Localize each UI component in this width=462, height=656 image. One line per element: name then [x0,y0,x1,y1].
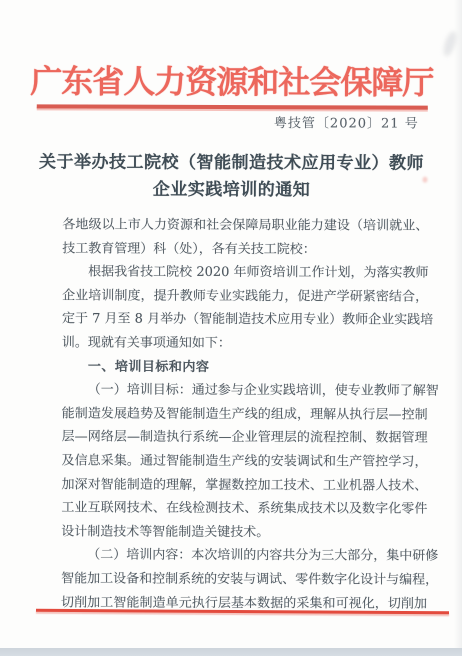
scanned-document-page: 广东省人力资源和社会保障厅 粤技管〔2020〕21 号 关于举办技工院校（智能制… [0,0,462,656]
body-line: 智能加工设备和控制系统的安装与调试、零件数字化设计与编程， [61,567,427,592]
document-number: 粤技管〔2020〕21 号 [274,112,419,132]
body-line: （一）培训目标：通过参与企业实践培训，使专业教师了解智 [62,379,428,404]
letterhead-red-rule [37,104,428,109]
body-line: 设计制造技术等智能制造关键技术。 [61,520,427,545]
notice-title-line-2: 企业实践培训的通知 [30,176,432,204]
body-line: 层—网络层—制造执行系统—企业管理层的流程控制、数据管理 [62,426,428,451]
scan-bottom-edge [0,648,462,656]
body-line: 加深对智能制造的理解，掌握数控加工技术、工业机器人技术、 [61,473,427,498]
body-line: 训。现就有关事项通知如下： [62,331,428,356]
body-line: 根据我省技工院校 2020 年师资培训工作计划，为落实教师 [62,261,428,286]
letterhead-agency-name: 广东省人力资源和社会保障厅 [1,56,462,104]
page-content: 广东省人力资源和社会保障厅 粤技管〔2020〕21 号 关于举办技工院校（智能制… [0,0,462,656]
body-line: 企业培训制度，提升教师专业实践能力，促进产学研紧密结合， [62,284,428,309]
body-line: 及信息采集。通过智能制造生产线的安装调试和生产管控学习， [61,449,427,474]
body-line: 能制造发展趋势及智能制造生产线的组成，理解从执行层—控制 [62,402,428,427]
body-line: 各地级以上市人力资源和社会保障局职业能力建设（培训就业、 [62,213,428,238]
body-line: （二）培训内容：本次培训的内容共分为三大部分，集中研修 [61,544,427,569]
body-line: 一、培训目标和内容 [62,355,428,380]
notice-title-line-1: 关于举办技工院校（智能制造技术应用专业）教师 [31,149,433,177]
scan-red-speck [423,177,428,183]
notice-title: 关于举办技工院校（智能制造技术应用专业）教师 企业实践培训的通知 [30,149,432,204]
scan-right-edge-shadow [454,0,462,656]
body-line: 定于 7 月至 8 月举办（智能制造技术应用专业）教师企业实践培 [62,308,428,333]
notice-body: 各地级以上市人力资源和社会保障局职业能力建设（培训就业、技工教育管理）科（处），… [61,213,428,615]
body-line: 技工教育管理）科（处），各有关技工院校： [62,237,428,262]
body-line: 工业互联网技术、在线检测技术、系统集成技术以及数字化零件 [61,497,427,522]
